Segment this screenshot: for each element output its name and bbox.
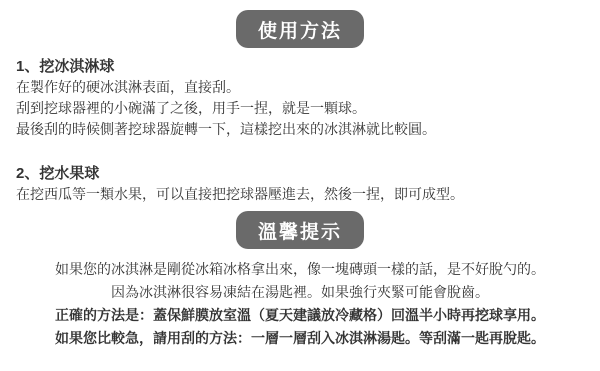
section-1-line: 在製作好的硬冰淇淋表面，直接刮。 xyxy=(16,77,584,98)
instruction-page: 使用方法 1、挖冰淇淋球 在製作好的硬冰淇淋表面，直接刮。 刮到挖球器裡的小碗滿… xyxy=(0,0,600,371)
section-1-line: 最後刮的時候側著挖球器旋轉一下，這樣挖出來的冰淇淋就比較圓。 xyxy=(16,119,584,140)
warm-tips-content: 如果您的冰淇淋是剛從冰箱冰格拿出來，像一塊磚頭一樣的話，是不好脫勺的。 因為冰淇… xyxy=(0,258,600,350)
warm-tips-header: 溫馨提示 xyxy=(236,211,364,249)
usage-content: 1、挖冰淇淋球 在製作好的硬冰淇淋表面，直接刮。 刮到挖球器裡的小碗滿了之後，用… xyxy=(0,56,600,205)
section-1-heading: 1、挖冰淇淋球 xyxy=(16,56,584,77)
section-1-line: 刮到挖球器裡的小碗滿了之後，用手一捏，就是一顆球。 xyxy=(16,98,584,119)
section-2-heading: 2、挖水果球 xyxy=(16,163,584,184)
usage-method-title: 使用方法 xyxy=(258,16,342,43)
section-ice-cream-ball: 1、挖冰淇淋球 在製作好的硬冰淇淋表面，直接刮。 刮到挖球器裡的小碗滿了之後，用… xyxy=(16,56,584,140)
tip-line: 如果您比較急，請用刮的方法：一層一層刮入冰淇淋湯匙。等刮滿一匙再脫匙。 xyxy=(10,327,590,350)
tip-line: 正確的方法是：蓋保鮮膜放室溫（夏天建議放冷藏格）回溫半小時再挖球享用。 xyxy=(10,304,590,327)
warm-tips-title: 溫馨提示 xyxy=(258,217,342,244)
usage-method-header: 使用方法 xyxy=(236,10,364,48)
tip-line: 因為冰淇淋很容易凍結在湯匙裡。如果強行夾緊可能會脫齒。 xyxy=(10,281,590,304)
tip-line: 如果您的冰淇淋是剛從冰箱冰格拿出來，像一塊磚頭一樣的話，是不好脫勺的。 xyxy=(10,258,590,281)
section-2-line: 在挖西瓜等一類水果，可以直接把挖球器壓進去，然後一捏，即可成型。 xyxy=(16,184,584,205)
section-fruit-ball: 2、挖水果球 在挖西瓜等一類水果，可以直接把挖球器壓進去，然後一捏，即可成型。 xyxy=(16,163,584,205)
